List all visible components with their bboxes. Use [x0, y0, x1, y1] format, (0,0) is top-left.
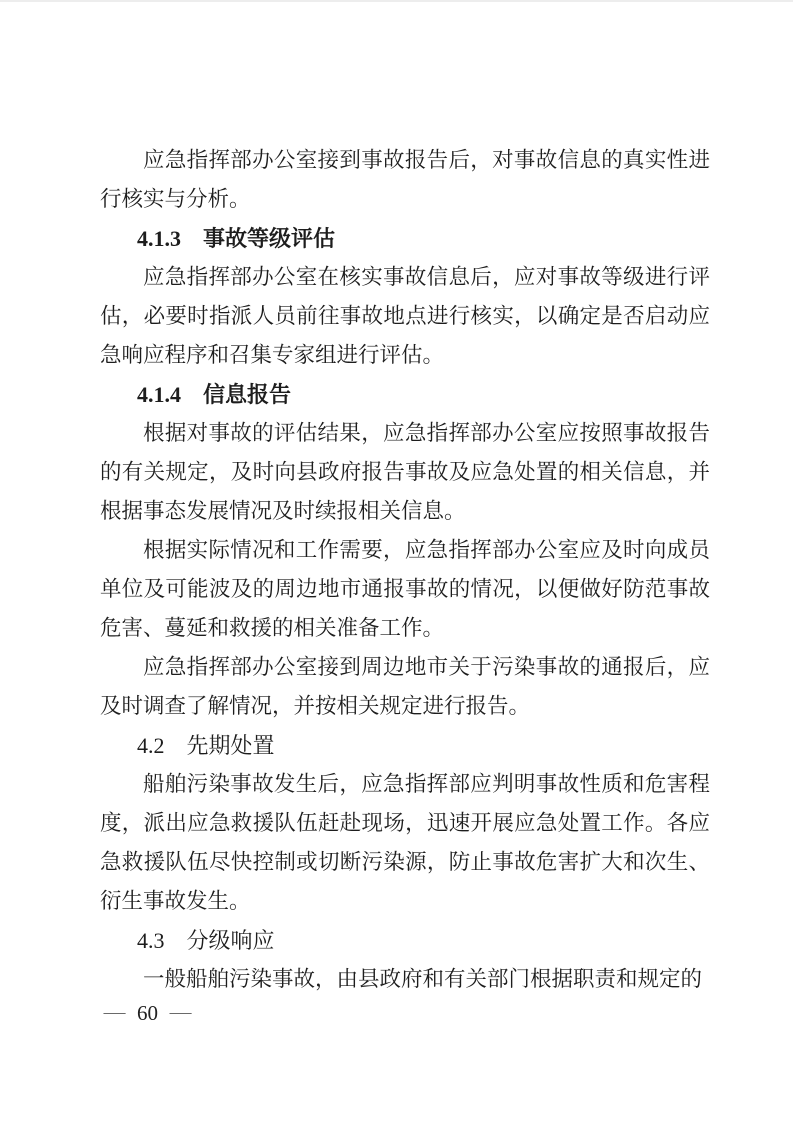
heading-number: 4.1.4	[137, 375, 181, 414]
document-page: { "page": { "background": "#ffffff", "te…	[0, 0, 793, 1122]
paragraph: 一般船舶污染事故，由县政府和有关部门根据职责和规定的	[100, 960, 710, 999]
paragraph: 根据对事故的评估结果，应急指挥部办公室应按照事故报告的有关规定，及时向县政府报告…	[100, 414, 710, 531]
page-body-text: 应急指挥部办公室接到事故报告后，对事故信息的真实性进行核实与分析。 4.1.3事…	[100, 141, 710, 999]
section-heading-4-1-3: 4.1.3事故等级评估	[100, 219, 710, 258]
page-number: 60	[137, 1000, 158, 1026]
heading-number: 4.3	[137, 921, 165, 960]
paragraph: 根据实际情况和工作需要，应急指挥部办公室应及时向成员单位及可能波及的周边地市通报…	[100, 531, 710, 648]
heading-title: 分级响应	[187, 928, 275, 953]
paragraph: 应急指挥部办公室在核实事故信息后，应对事故等级进行评估，必要时指派人员前往事故地…	[100, 258, 710, 375]
page-number-dash-right: —	[170, 1000, 192, 1026]
paragraph: 船舶污染事故发生后，应急指挥部应判明事故性质和危害程度，派出应急救援队伍赶赴现场…	[100, 765, 710, 921]
page-footer: — 60 —	[105, 1000, 190, 1026]
heading-title: 事故等级评估	[203, 226, 335, 251]
heading-number: 4.2	[137, 726, 165, 765]
section-heading-4-1-4: 4.1.4信息报告	[100, 375, 710, 414]
paragraph: 应急指挥部办公室接到事故报告后，对事故信息的真实性进行核实与分析。	[100, 141, 710, 219]
section-heading-4-2: 4.2先期处置	[100, 726, 710, 765]
section-heading-4-3: 4.3分级响应	[100, 921, 710, 960]
page-number-dash-left: —	[104, 1000, 126, 1026]
heading-number: 4.1.3	[137, 219, 181, 258]
heading-title: 先期处置	[187, 733, 275, 758]
paragraph: 应急指挥部办公室接到周边地市关于污染事故的通报后，应及时调查了解情况，并按相关规…	[100, 648, 710, 726]
heading-title: 信息报告	[203, 382, 291, 407]
